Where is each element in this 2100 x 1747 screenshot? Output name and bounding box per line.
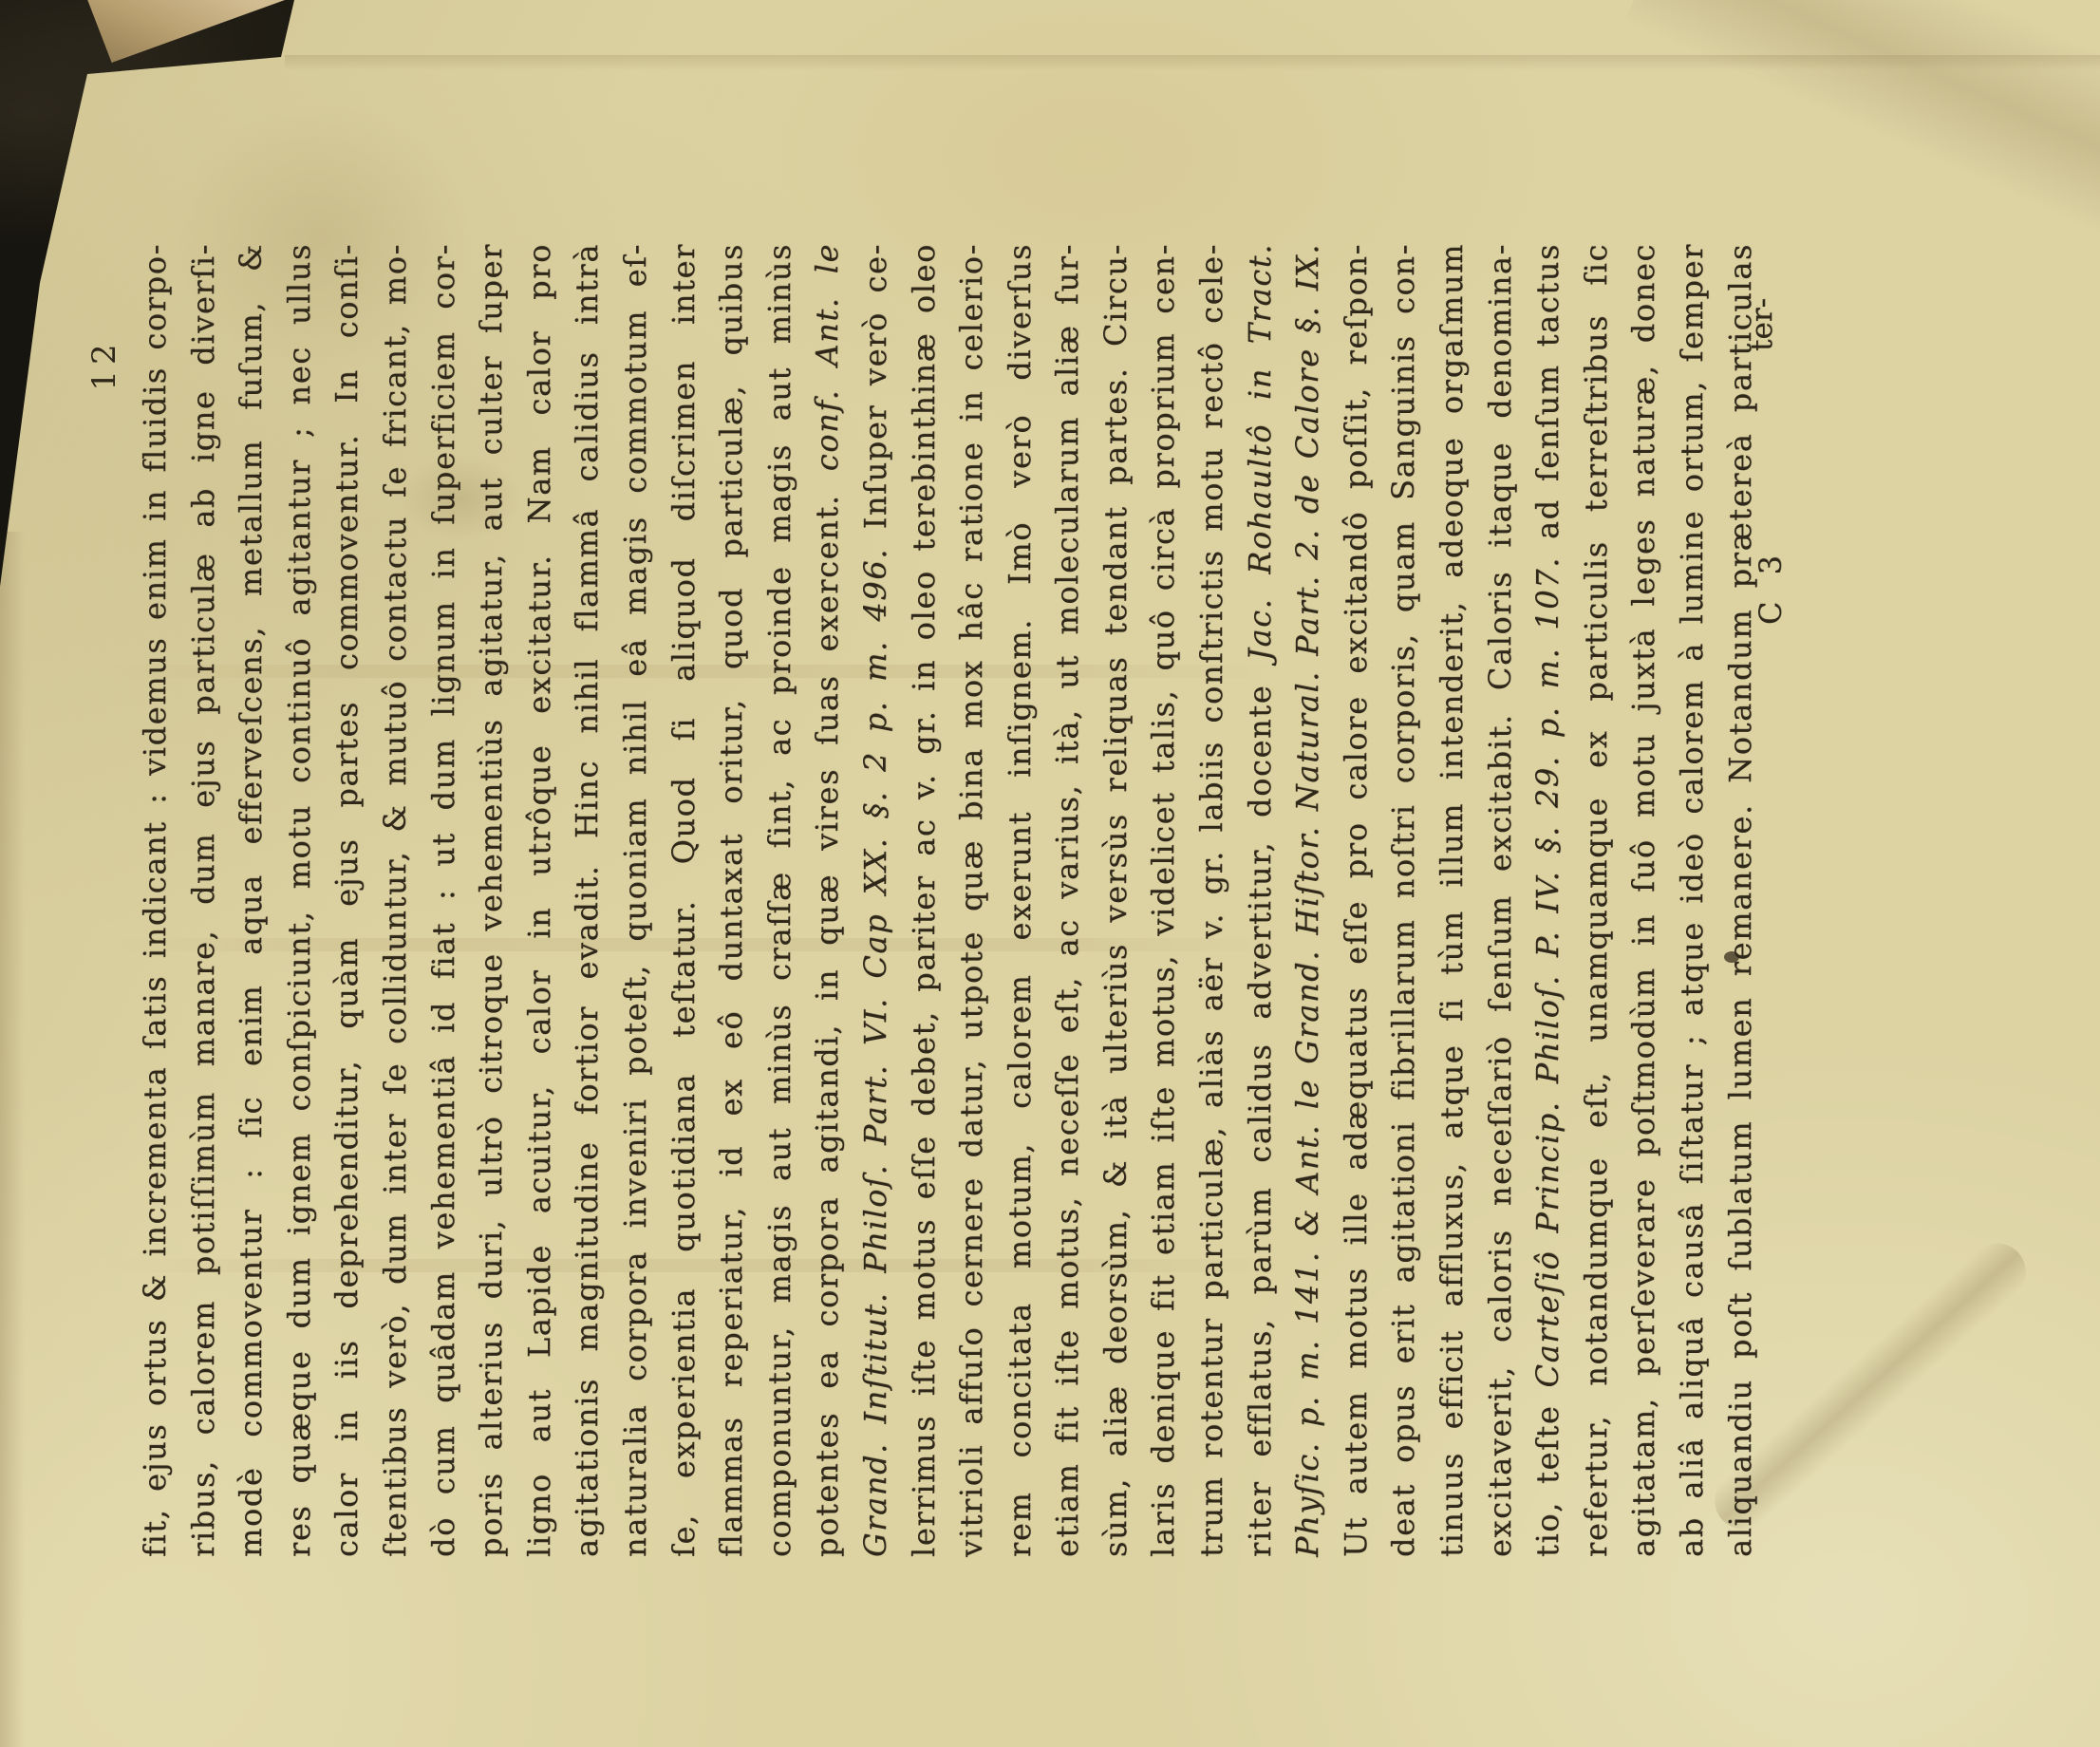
text-line: riter efflatus, parùm calidus advertitur…	[1236, 243, 1284, 1557]
text-line: flammas reperiatur, id ex eô duntaxat or…	[707, 243, 756, 1557]
text-segment: componuntur, magis aut minùs craſſæ ſint…	[761, 243, 797, 1557]
text-segment: ad ſenſum tactus	[1529, 243, 1566, 556]
text-line: modè commoventur : ſic enim aqua efferve…	[227, 243, 275, 1557]
text-segment: sùm, aliæ deorsùm, & ità ulteriùs versùs…	[1097, 243, 1134, 1557]
text-segment: tio, teſte	[1529, 1388, 1566, 1557]
text-line: vitrioli affuſo cernere datur, utpote qu…	[947, 243, 996, 1557]
text-segment: res quæque dum ignem conſpiciunt, motu c…	[281, 243, 317, 1557]
text-line: res quæque dum ignem conſpiciunt, motu c…	[275, 243, 324, 1557]
text-segment: laris denique fit etiam iſte motus, vide…	[1145, 243, 1181, 1557]
text-segment: vitrioli affuſo cernere datur, utpote qu…	[953, 243, 989, 1557]
text-line: trum rotentur particulæ, aliàs aër v. gr…	[1188, 243, 1236, 1557]
text-segment: deat opus erit agitationi fibrillarum no…	[1385, 243, 1421, 1557]
text-line: etiam fit iſte motus, neceſſe eſt, ac va…	[1043, 243, 1092, 1557]
text-line: ſe, experientia quotidiana teſtatur. Quo…	[660, 243, 708, 1557]
citation-italic-segment: conf. Ant. le	[809, 243, 845, 471]
text-segment: Ut autem motus ille adæquatus eſſe pro c…	[1338, 243, 1374, 1557]
citation-italic-segment: Grand. Inſtitut. Philoſ. Part. VI. Cap X…	[857, 548, 893, 1557]
citation-italic-segment: Phyſic. p. m. 141. & Ant. le Grand. Hiſt…	[1289, 243, 1325, 1557]
page-content-rotated: 12 fit, ejus ortus & incrementa ſatis in…	[0, 0, 2100, 1747]
text-line: ribus, calorem potiſſimùm manare, dum ej…	[179, 243, 228, 1557]
text-line: agitatam, perſeverare poſtmodùm in ſuô m…	[1620, 243, 1668, 1557]
text-line: calor in iis deprehenditur, quàm ejus pa…	[323, 243, 371, 1557]
text-segment: calor in iis deprehenditur, quàm ejus pa…	[328, 243, 365, 1557]
text-line: potentes ea corpora agitandi, in quæ vir…	[803, 243, 852, 1557]
text-segment: agitatam, perſeverare poſtmodùm in ſuô m…	[1625, 243, 1661, 1557]
text-segment: etiam fit iſte motus, neceſſe eſt, ac va…	[1049, 243, 1085, 1557]
text-line: poris alterius duri, ultrò citroque vehe…	[467, 243, 516, 1557]
text-segment: excitaverit, caloris neceſſariò ſenſum e…	[1482, 243, 1518, 1557]
catchword: ter-	[1745, 298, 1779, 351]
text-segment: ligno aut Lapide acuitur, calor in utrôq…	[521, 243, 557, 1557]
text-segment: flammas reperiatur, id ex eô duntaxat or…	[713, 243, 749, 1557]
text-line: dò cum quâdam vehementiâ id fiat : ut du…	[420, 243, 468, 1557]
text-line: sùm, aliæ deorsùm, & ità ulteriùs versùs…	[1092, 243, 1140, 1557]
text-segment: agitationis magnitudine fortior evadit. …	[569, 243, 605, 1557]
text-line: ſtentibus verò, dum inter ſe colliduntur…	[371, 243, 420, 1557]
text-segment: ſe, experientia quotidiana teſtatur. Quo…	[666, 243, 702, 1557]
text-segment: riter efflatus, parùm calidus advertitur…	[1242, 661, 1278, 1557]
text-line: fit, ejus ortus & incrementa ſatis indic…	[131, 243, 179, 1557]
signature-mark: C 3	[1753, 547, 1789, 625]
text-line: agitationis magnitudine fortior evadit. …	[563, 243, 611, 1557]
text-segment: modè commoventur : ſic enim aqua efferve…	[233, 243, 269, 1557]
text-segment: ribus, calorem potiſſimùm manare, dum ej…	[185, 243, 221, 1557]
text-segment: lerrimus iſte motus eſſe debet, pariter …	[906, 243, 942, 1557]
text-line: Ut autem motus ille adæquatus eſſe pro c…	[1332, 243, 1380, 1557]
text-line: naturalia corpora inveniri poteſt, quoni…	[611, 243, 660, 1557]
citation-italic-segment: Carteſiô Princip. Philoſ. P. IV. §. 29. …	[1529, 556, 1566, 1387]
page-number: 12	[85, 291, 123, 439]
text-segment: naturalia corpora inveniri poteſt, quoni…	[617, 243, 653, 1557]
text-line: Phyſic. p. m. 141. & Ant. le Grand. Hiſt…	[1284, 243, 1332, 1557]
text-segment: poris alterius duri, ultrò citroque vehe…	[473, 243, 509, 1557]
text-segment: potentes ea corpora agitandi, in quæ vir…	[809, 471, 845, 1557]
text-segment: ab aliâ aliquâ causâ ſiſtatur ; atque id…	[1674, 243, 1710, 1557]
text-block: fit, ejus ortus & incrementa ſatis indic…	[131, 243, 1764, 1557]
text-segment: fit, ejus ortus & incrementa ſatis indic…	[137, 243, 173, 1557]
text-line: aliquandiu poſt ſublatum lumen remanere.…	[1716, 243, 1765, 1557]
text-line: ab aliâ aliquâ causâ ſiſtatur ; atque id…	[1668, 243, 1716, 1557]
text-line: deat opus erit agitationi fibrillarum no…	[1379, 243, 1428, 1557]
text-segment: Inſuper verò ce-	[857, 243, 893, 548]
text-line: lerrimus iſte motus eſſe debet, pariter …	[900, 243, 948, 1557]
text-line: refertur, notandumque eſt, unamquamque e…	[1572, 243, 1621, 1557]
text-segment: aliquandiu poſt ſublatum lumen remanere.…	[1722, 243, 1758, 1557]
citation-italic-segment: Jac. Rohaultô in Tract.	[1242, 243, 1278, 661]
text-segment: trum rotentur particulæ, aliàs aër v. gr…	[1193, 243, 1229, 1557]
text-line: componuntur, magis aut minùs craſſæ ſint…	[756, 243, 804, 1557]
text-line: rem concitata motum, calorem exerunt inſ…	[996, 243, 1044, 1557]
text-line: tio, teſte Carteſiô Princip. Philoſ. P. …	[1524, 243, 1572, 1557]
text-segment: ſtentibus verò, dum inter ſe colliduntur…	[377, 243, 413, 1557]
text-line: tinuus efficit affluxus, atque ſi tùm il…	[1428, 243, 1476, 1557]
text-segment: refertur, notandumque eſt, unamquamque e…	[1578, 243, 1614, 1557]
text-segment: tinuus efficit affluxus, atque ſi tùm il…	[1434, 243, 1470, 1557]
text-line: ligno aut Lapide acuitur, calor in utrôq…	[516, 243, 564, 1557]
text-line: laris denique fit etiam iſte motus, vide…	[1139, 243, 1188, 1557]
text-line: Grand. Inſtitut. Philoſ. Part. VI. Cap X…	[852, 243, 900, 1557]
text-line: excitaverit, caloris neceſſariò ſenſum e…	[1476, 243, 1525, 1557]
text-segment: rem concitata motum, calorem exerunt inſ…	[1002, 243, 1038, 1557]
book-scan: 12 fit, ejus ortus & incrementa ſatis in…	[0, 0, 2100, 1747]
text-segment: dò cum quâdam vehementiâ id fiat : ut du…	[425, 243, 461, 1557]
